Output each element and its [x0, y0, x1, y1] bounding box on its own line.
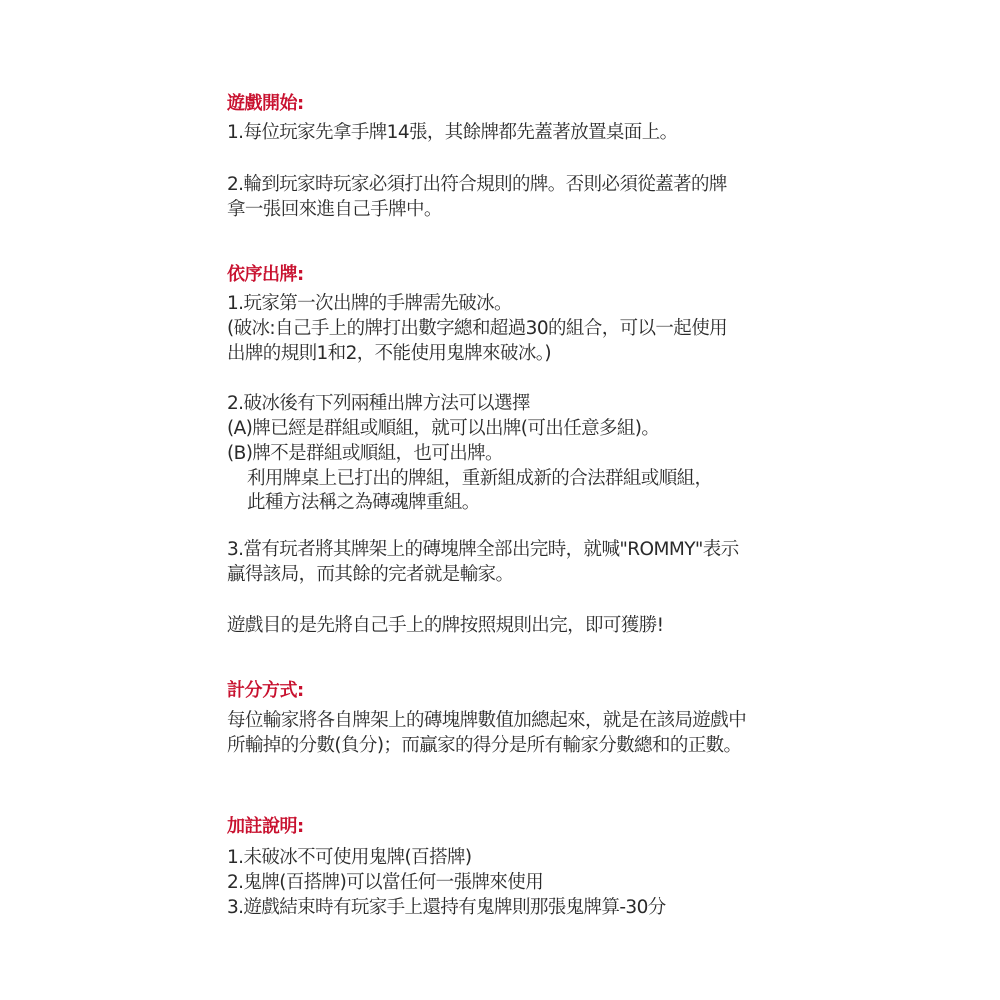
rule-line: 2.破冰後有下列兩種出牌方法可以選擇 [227, 392, 530, 416]
note-line: 1.未破冰不可使用鬼牌(百搭牌) [227, 846, 472, 870]
rule-line: (B)牌不是群組或順組，也可出牌。 [227, 442, 503, 466]
note-line: 3.遊戲結束時有玩家手上還持有鬼牌則那張鬼牌算-30分 [227, 896, 666, 920]
rule-line: (破冰:自己手上的牌打出數字總和超過30的組合，可以一起使用 [227, 317, 727, 341]
rule-line: 贏得該局，而其餘的完者就是輸家。 [227, 563, 513, 587]
rule-line: 2.輪到玩家時玩家必須打出符合規則的牌。否則必須從蓋著的牌 [227, 173, 727, 197]
game-objective-line: 遊戲目的是先將自己手上的牌按照規則出完，即可獲勝! [227, 614, 663, 638]
rule-line: 1.玩家第一次出牌的手牌需先破冰。 [227, 292, 512, 316]
rule-line: 所輸掉的分數(負分)；而贏家的得分是所有輸家分數總和的正數。 [227, 734, 741, 758]
rule-line: 3.當有玩者將其牌架上的磚塊牌全部出完時，就喊"ROMMY"表示 [227, 538, 739, 562]
section-heading-scoring: 計分方式: [227, 679, 304, 703]
rule-line: 每位輸家將各自牌架上的磚塊牌數值加總起來，就是在該局遊戲中 [227, 709, 746, 733]
rule-line: (A)牌已經是群組或順組，就可以出牌(可出任意多組)。 [227, 417, 659, 441]
rule-line-indented: 此種方法稱之為磚魂牌重組。 [247, 491, 480, 515]
rule-line-indented: 利用牌桌上已打出的牌組，重新組成新的合法群組或順組， [247, 467, 712, 491]
rule-line: 出牌的規則1和2，不能使用鬼牌來破冰。) [227, 342, 551, 366]
section-heading-play-order: 依序出牌: [227, 263, 304, 287]
section-heading-notes: 加註說明: [227, 815, 304, 839]
rule-line: 拿一張回來進自己手牌中。 [227, 198, 442, 222]
section-heading-game-start: 遊戲開始: [227, 92, 304, 116]
note-line: 2.鬼牌(百搭牌)可以當任何一張牌來使用 [227, 871, 543, 895]
rule-line: 1.每位玩家先拿手牌14張，其餘牌都先蓋著放置桌面上。 [227, 121, 678, 145]
